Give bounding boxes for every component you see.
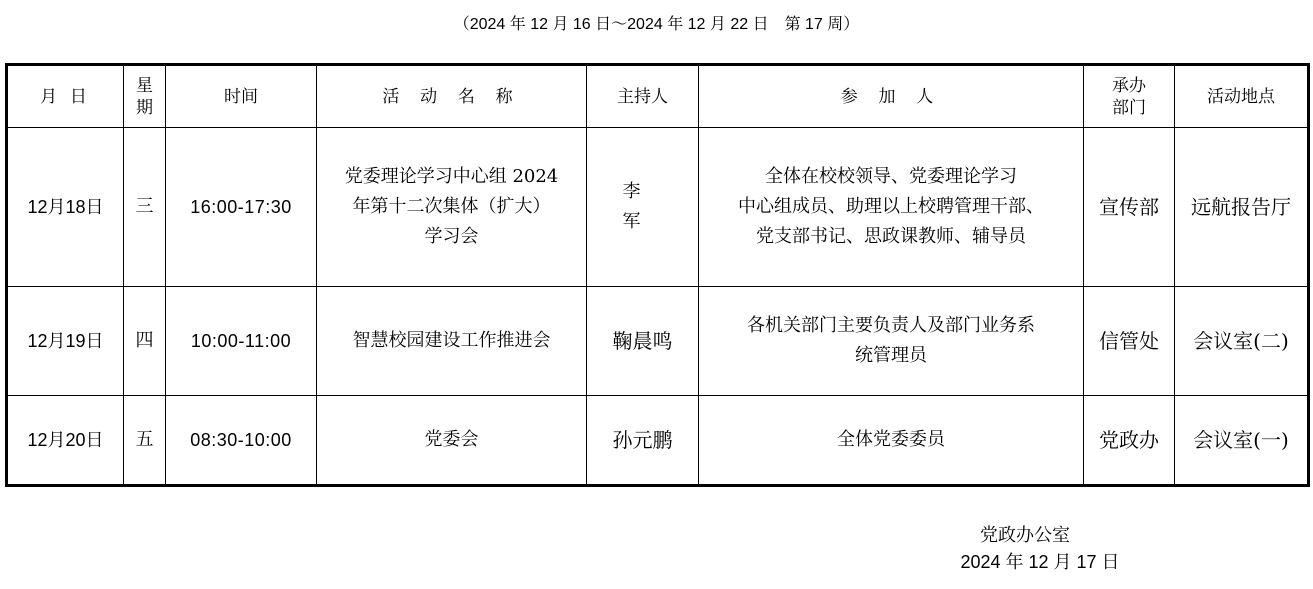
- weekly-schedule-table: 月 日 星 期 时间 活 动 名 称 主持人 参 加 人 承办 部门 活动地点 …: [5, 63, 1310, 487]
- participants-line: 党支部书记、思政课教师、辅导员: [701, 222, 1081, 252]
- activity-line: 党委理论学习中心组 2024: [319, 162, 584, 192]
- activity-line: 学习会: [319, 222, 584, 252]
- header-date-label: 月 日: [40, 87, 91, 106]
- header-host-label: 主持人: [617, 87, 668, 106]
- header-participants: 参 加 人: [699, 65, 1084, 128]
- participants-line: 全体在校校领导、党委理论学习: [701, 162, 1081, 192]
- header-location-label: 活动地点: [1207, 87, 1275, 106]
- cell-date: 12月20日: [7, 396, 124, 486]
- header-activity: 活 动 名 称: [317, 65, 587, 128]
- cell-activity: 党委理论学习中心组 2024 年第十二次集体（扩大） 学习会: [317, 128, 587, 287]
- host-name: 李 军: [623, 181, 663, 232]
- cell-participants: 全体在校校领导、党委理论学习 中心组成员、助理以上校聘管理干部、 党支部书记、思…: [699, 128, 1084, 287]
- header-department: 承办 部门: [1084, 65, 1175, 128]
- cell-time: 08:30-10:00: [166, 396, 317, 486]
- cell-department: 信管处: [1084, 287, 1175, 396]
- cell-department: 党政办: [1084, 396, 1175, 486]
- header-weekday: 星 期: [124, 65, 166, 128]
- cell-time: 10:00-11:00: [166, 287, 317, 396]
- cell-location: 会议室(二): [1175, 287, 1309, 396]
- participants-line: 全体党委委员: [701, 425, 1081, 455]
- issuer-signature: 党政办公室: [885, 523, 1165, 549]
- cell-date: 12月18日: [7, 128, 124, 287]
- header-date: 月 日: [7, 65, 124, 128]
- cell-weekday: 五: [124, 396, 166, 486]
- cell-weekday: 三: [124, 128, 166, 287]
- header-weekday-line2: 期: [126, 97, 163, 119]
- cell-participants: 各机关部门主要负责人及部门业务系 统管理员: [699, 287, 1084, 396]
- header-time-label: 时间: [224, 87, 258, 106]
- cell-weekday: 四: [124, 287, 166, 396]
- cell-activity: 智慧校园建设工作推进会: [317, 287, 587, 396]
- table-row: 12月20日 五 08:30-10:00 党委会 孙元鹏 全体党委委员 党政办 …: [7, 396, 1309, 486]
- cell-location: 远航报告厅: [1175, 128, 1309, 287]
- participants-line: 各机关部门主要负责人及部门业务系: [701, 311, 1081, 341]
- table-header-row: 月 日 星 期 时间 活 动 名 称 主持人 参 加 人 承办 部门 活动地点: [7, 65, 1309, 128]
- participants-line: 统管理员: [701, 341, 1081, 371]
- week-range-subtitle: （2024 年 12 月 16 日～2024 年 12 月 22 日 第 17 …: [0, 13, 1313, 37]
- header-weekday-line1: 星: [126, 75, 163, 97]
- cell-time: 16:00-17:30: [166, 128, 317, 287]
- cell-location: 会议室(一): [1175, 396, 1309, 486]
- cell-activity: 党委会: [317, 396, 587, 486]
- header-department-line1: 承办: [1086, 75, 1172, 97]
- header-time: 时间: [166, 65, 317, 128]
- cell-host: 鞠晨鸣: [587, 287, 699, 396]
- header-host: 主持人: [587, 65, 699, 128]
- activity-line: 年第十二次集体（扩大）: [319, 192, 584, 222]
- cell-date: 12月19日: [7, 287, 124, 396]
- issue-date: 2024 年 12 月 17 日: [900, 549, 1180, 575]
- cell-host: 李 军: [587, 128, 699, 287]
- header-participants-label: 参 加 人: [841, 87, 941, 106]
- cell-participants: 全体党委委员: [699, 396, 1084, 486]
- cell-host: 孙元鹏: [587, 396, 699, 486]
- header-department-line2: 部门: [1086, 97, 1172, 119]
- cell-department: 宣传部: [1084, 128, 1175, 287]
- table-row: 12月19日 四 10:00-11:00 智慧校园建设工作推进会 鞠晨鸣 各机关…: [7, 287, 1309, 396]
- header-activity-label: 活 动 名 称: [382, 87, 520, 106]
- participants-line: 中心组成员、助理以上校聘管理干部、: [701, 192, 1081, 222]
- header-location: 活动地点: [1175, 65, 1309, 128]
- activity-line: 党委会: [319, 425, 584, 455]
- activity-line: 智慧校园建设工作推进会: [319, 326, 584, 356]
- table-row: 12月18日 三 16:00-17:30 党委理论学习中心组 2024 年第十二…: [7, 128, 1309, 287]
